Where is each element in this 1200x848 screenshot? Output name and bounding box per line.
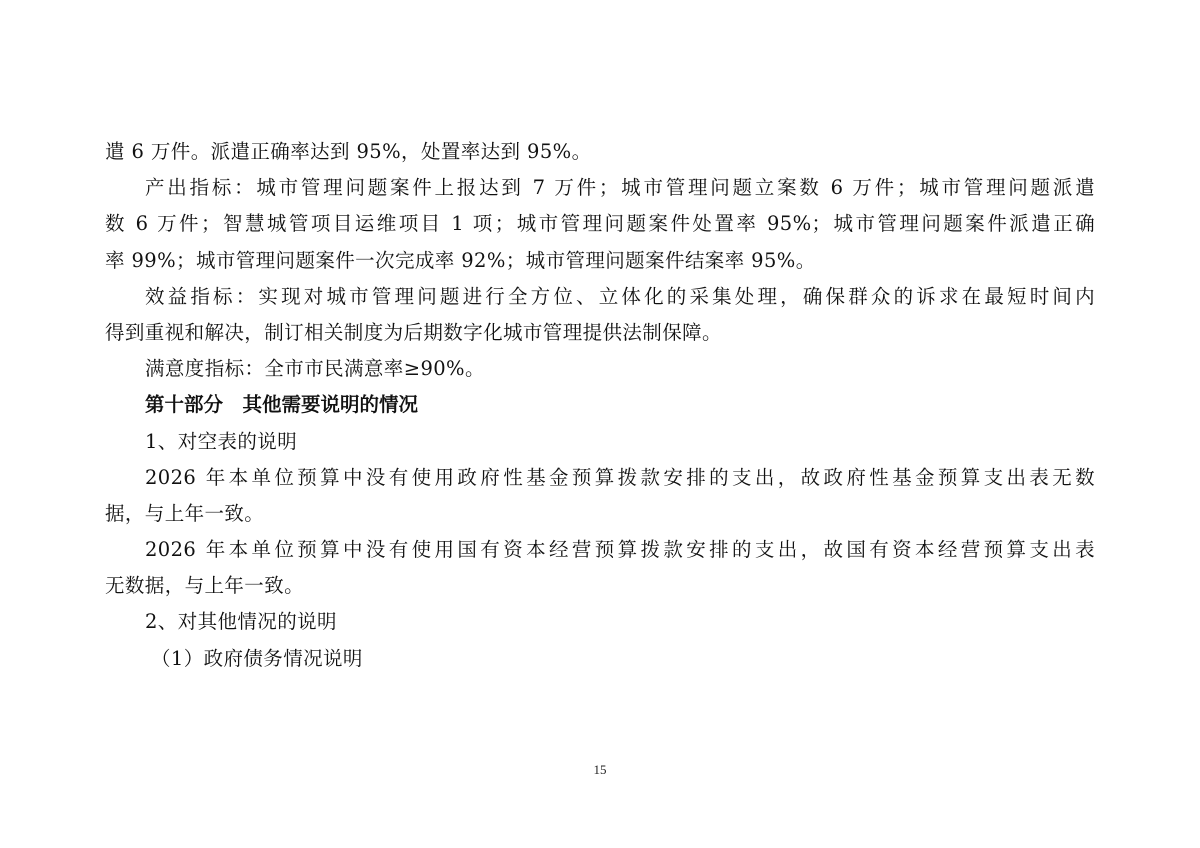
output-indicators-line-3: 率 99%；城市管理问题案件一次完成率 92%；城市管理问题案件结案率 95%。 xyxy=(105,243,1095,279)
benefit-indicators-line-1: 效益指标：实现对城市管理问题进行全方位、立体化的采集处理，确保群众的诉求在最短时… xyxy=(105,279,1095,315)
section-heading: 第十部分 其他需要说明的情况 xyxy=(105,387,1095,423)
state-capital-line-1: 2026 年本单位预算中没有使用国有资本经营预算拨款安排的支出，故国有资本经营预… xyxy=(105,532,1095,568)
state-capital-line-2: 无数据，与上年一致。 xyxy=(105,568,1095,604)
fund-budget-line-1: 2026 年本单位预算中没有使用政府性基金预算拨款安排的支出，故政府性基金预算支… xyxy=(105,460,1095,496)
paragraph-line-continuation: 遣 6 万件。派遣正确率达到 95%，处置率达到 95%。 xyxy=(105,134,1095,170)
page-number: 15 xyxy=(0,762,1200,778)
output-indicators-line-2: 数 6 万件；智慧城管项目运维项目 1 项；城市管理问题案件处置率 95%；城市… xyxy=(105,206,1095,242)
output-indicators-line-1: 产出指标：城市管理问题案件上报达到 7 万件；城市管理问题立案数 6 万件；城市… xyxy=(105,170,1095,206)
subheading-other-matters: 2、对其他情况的说明 xyxy=(105,604,1095,640)
fund-budget-line-2: 据，与上年一致。 xyxy=(105,496,1095,532)
satisfaction-indicators-line: 满意度指标：全市市民满意率≥90%。 xyxy=(105,351,1095,387)
subheading-government-debt: （1）政府债务情况说明 xyxy=(105,641,1095,677)
document-page: 遣 6 万件。派遣正确率达到 95%，处置率达到 95%。 产出指标：城市管理问… xyxy=(105,134,1095,677)
subheading-empty-tables: 1、对空表的说明 xyxy=(105,424,1095,460)
benefit-indicators-line-2: 得到重视和解决，制订相关制度为后期数字化城市管理提供法制保障。 xyxy=(105,315,1095,351)
